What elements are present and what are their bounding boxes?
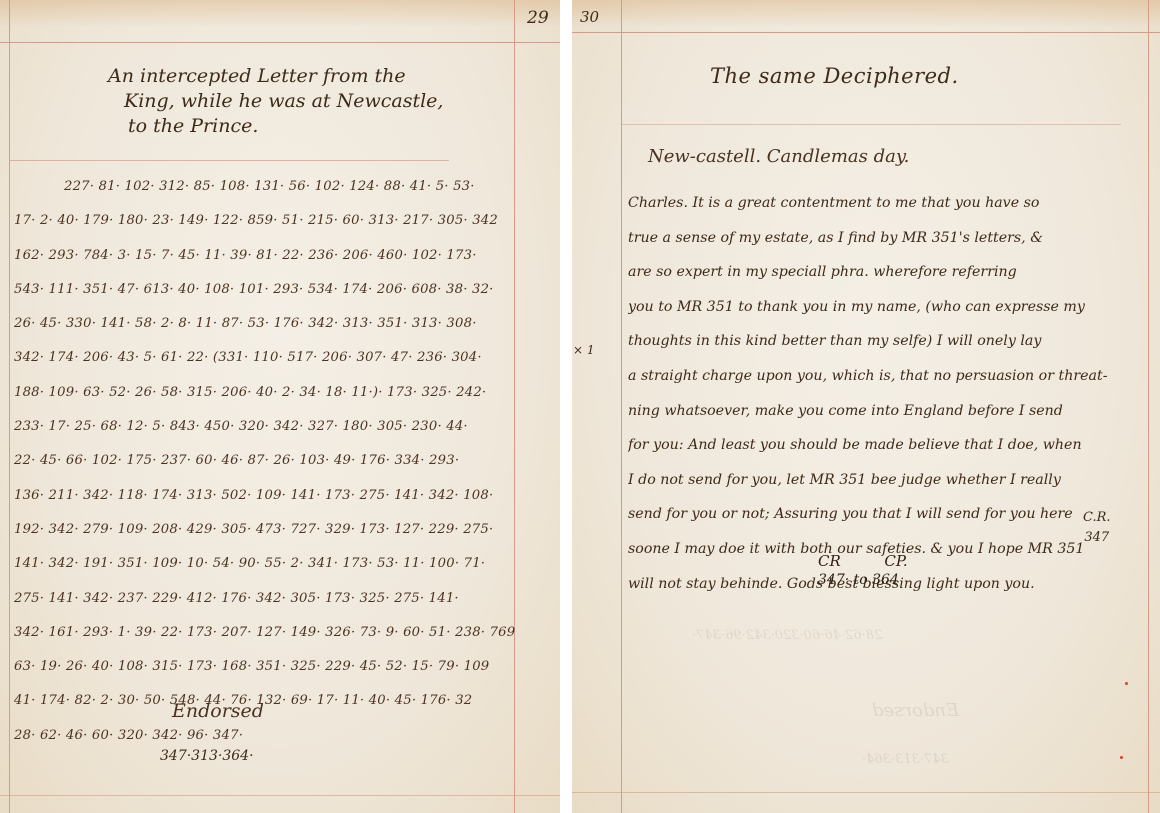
cipher-key-block: CR CP. 347· to 364 (818, 552, 908, 588)
page-title: The same Deciphered. (710, 64, 959, 88)
show-through-text: Endorsed (872, 700, 959, 721)
deciphered-line: send for you or not; Assuring you that I… (628, 497, 1140, 532)
deciphered-text: Charles. It is a great contentment to me… (628, 186, 1140, 601)
cipher-line: 26· 45· 330· 141· 58· 2· 8· 11· 87· 53· … (14, 307, 516, 341)
title-line: to the Prince. (108, 114, 443, 139)
folio-number: 30 (580, 8, 599, 26)
footer-rule (572, 792, 1160, 793)
key-initials: CR CP. (818, 552, 908, 570)
cipher-line: 233· 17· 25· 68· 12· 5· 843· 450· 320· 3… (14, 410, 516, 444)
letter-title: An intercepted Letter from the King, whi… (108, 64, 443, 139)
key-codes: 347· to 364 (818, 572, 908, 588)
cipher-line: 63· 19· 26· 40· 108· 315· 173· 168· 351·… (14, 650, 516, 684)
left-page-cipher: 29 An intercepted Letter from the King, … (0, 0, 560, 813)
deciphered-line: thoughts in this kind better than my sel… (628, 324, 1140, 359)
signature-code: 347 (1083, 528, 1111, 548)
cipher-line: 17· 2· 40· 179· 180· 23· 149· 122· 859· … (14, 204, 516, 238)
margin-rule-left (621, 0, 622, 813)
cipher-line: 188· 109· 63· 52· 26· 58· 315· 206· 40· … (14, 376, 516, 410)
header-rule (572, 32, 1160, 33)
cipher-line: 275· 141· 342· 237· 229· 412· 176· 342· … (14, 582, 516, 616)
title-rule (9, 160, 449, 161)
cipher-line: 342· 161· 293· 1· 39· 22· 173· 207· 127·… (14, 616, 516, 650)
show-through-text: 28·62·46·60·320·342·96·347· (692, 628, 882, 643)
cipher-line: 41· 174· 82· 2· 30· 50· 548· 44· 76· 132… (14, 684, 516, 718)
cipher-line: 136· 211· 342· 118· 174· 313· 502· 109· … (14, 479, 516, 513)
deciphered-line: for you: And least you should be made be… (628, 428, 1140, 463)
show-through-text: 347·313·364· (862, 752, 949, 767)
footer-rule (0, 795, 560, 796)
signature-initials: C.R. (1083, 508, 1111, 528)
cipher-line: 342· 174· 206· 43· 5· 61· 22· (331· 110·… (14, 341, 516, 375)
cipher-text: 227· 81· 102· 312· 85· 108· 131· 56· 102… (14, 170, 516, 753)
cipher-line: 543· 111· 351· 47· 613· 40· 108· 101· 29… (14, 273, 516, 307)
deciphered-line: I do not send for you, let MR 351 bee ju… (628, 463, 1140, 498)
closing-signature: C.R. 347 (1083, 508, 1111, 548)
endorsed-code: 347·313·364· (160, 748, 254, 764)
cipher-line: 227· 81· 102· 312· 85· 108· 131· 56· 102… (14, 170, 516, 204)
folio-number: 29 (527, 8, 549, 28)
deciphered-line: ning whatsoever, make you come into Engl… (628, 394, 1140, 429)
red-ink-spot (1120, 756, 1123, 759)
margin-rule-right (1148, 0, 1149, 813)
deciphered-line: true a sense of my estate, as I find by … (628, 221, 1140, 256)
key-initial-prince: CP. (884, 552, 907, 570)
margin-rule-left (9, 0, 10, 813)
deciphered-line: you to MR 351 to thank you in my name, (… (628, 290, 1140, 325)
title-rule (621, 124, 1121, 125)
cipher-line: 192· 342· 279· 109· 208· 429· 305· 473· … (14, 513, 516, 547)
deciphered-line: Charles. It is a great contentment to me… (628, 186, 1140, 221)
endorsed-label: Endorsed (172, 700, 264, 722)
deciphered-line: are so expert in my speciall phra. where… (628, 255, 1140, 290)
header-rule (0, 42, 560, 43)
gutter (560, 0, 572, 813)
cipher-line: 141· 342· 191· 351· 109· 10· 54· 90· 55·… (14, 547, 516, 581)
cipher-line: 22· 45· 66· 102· 175· 237· 60· 46· 87· 2… (14, 444, 516, 478)
margin-mark: × 1 (573, 345, 595, 355)
dateline: New-castell. Candlemas day. (648, 146, 909, 167)
deciphered-line: a straight charge upon you, which is, th… (628, 359, 1140, 394)
title-line: King, while he was at Newcastle, (108, 89, 443, 114)
red-ink-spot (1125, 682, 1128, 685)
cipher-line: 28· 62· 46· 60· 320· 342· 96· 347· (14, 719, 516, 753)
cipher-line: 162· 293· 784· 3· 15· 7· 45· 11· 39· 81·… (14, 239, 516, 273)
key-initial-king: CR (818, 552, 841, 570)
title-line: An intercepted Letter from the (108, 64, 443, 89)
